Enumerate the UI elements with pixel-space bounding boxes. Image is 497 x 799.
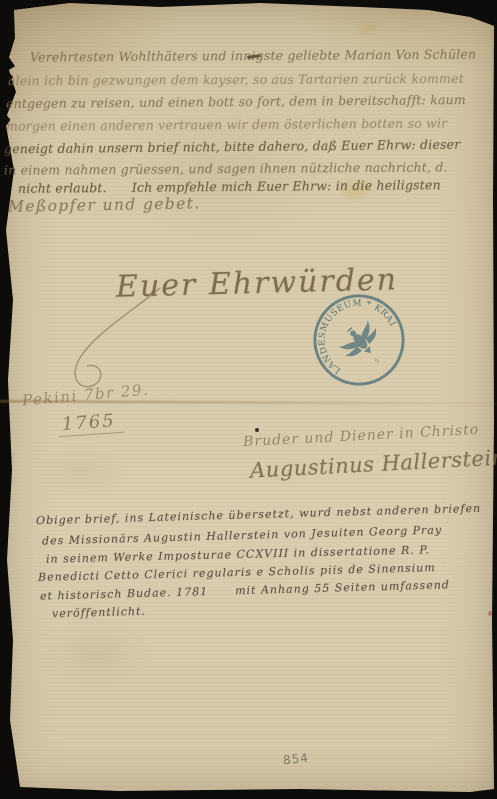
letter-line: alein ich bin gezwungen dem kayser, so a… <box>8 71 464 88</box>
letter-line: morgen einen anderen vertrauen wir dem ö… <box>6 115 447 133</box>
stamp-numeral: 5 <box>372 356 381 365</box>
red-speck <box>488 611 492 616</box>
catalog-number: 854 <box>282 751 309 768</box>
eagle-emblem <box>334 315 386 367</box>
letter-line: in einem nahmen grüessen, und sagen ihne… <box>4 159 448 177</box>
letter-line: Meßopfer und gebet. <box>8 194 201 215</box>
annotation-line: veröffentlicht. <box>52 605 146 621</box>
ink-dot <box>255 428 259 432</box>
dateline-year: 1765 <box>57 410 124 438</box>
